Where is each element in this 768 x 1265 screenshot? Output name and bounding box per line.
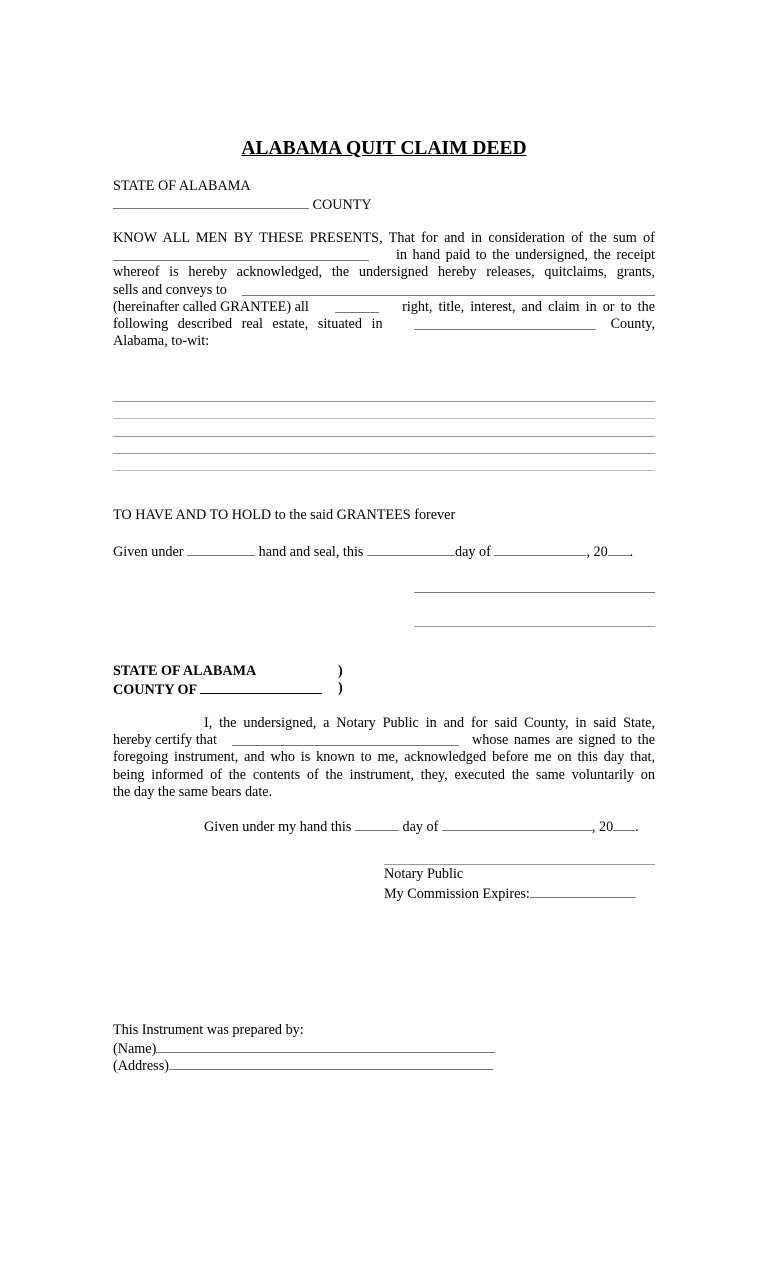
header-county-label: COUNTY: [313, 197, 372, 213]
header-county-row: COUNTY: [113, 195, 372, 214]
conveyance-line-4: sells and conveys to: [113, 282, 655, 299]
habendum-clause: TO HAVE AND TO HOLD to the said GRANTEES…: [113, 507, 455, 524]
conveyance-line-6-suffix: County,: [611, 316, 655, 333]
document-title: ALABAMA QUIT CLAIM DEED: [0, 137, 768, 161]
notary-paren-1: ): [338, 663, 343, 680]
conveyance-line-2-text: in hand paid to the undersigned, the rec…: [396, 247, 655, 264]
prepared-by-heading: This Instrument was prepared by:: [113, 1022, 304, 1039]
notary-given-text-2: day of: [402, 819, 438, 835]
commission-expires-row: My Commission Expires:: [384, 884, 636, 903]
given-under-text-5: .: [630, 544, 634, 560]
notary-given-text-4: .: [635, 819, 639, 835]
given-under-line: Given under hand and seal, this day of ,…: [113, 542, 633, 561]
legal-description-line-5[interactable]: [113, 470, 655, 471]
legal-description-line-1[interactable]: [113, 401, 655, 402]
conveyance-line-5: (hereinafter called GRANTEE) all right, …: [113, 299, 655, 316]
conveyance-line-1: KNOW ALL MEN BY THESE PRESENTS, That for…: [113, 230, 655, 247]
county-blank[interactable]: [113, 195, 309, 209]
given-under-day-blank[interactable]: [367, 542, 455, 556]
prepared-by-address-row: (Address): [113, 1056, 493, 1075]
grantor-signature-line-1[interactable]: [414, 592, 655, 593]
notary-county-blank[interactable]: [200, 680, 322, 694]
prepared-by-address-blank[interactable]: [169, 1056, 493, 1070]
notary-given-text-1: Given under my hand this: [204, 819, 351, 835]
conveyance-line-6: following described real estate, situate…: [113, 316, 655, 333]
grantee-name-blank[interactable]: [242, 282, 655, 296]
grantor-signature-line-2[interactable]: [414, 626, 655, 627]
notary-state: STATE OF ALABAMA: [113, 663, 256, 680]
conveyance-line-7: Alabama, to-wit:: [113, 333, 209, 350]
notary-public-label: Notary Public: [384, 866, 463, 883]
legal-description-line-3[interactable]: [113, 436, 655, 437]
given-under-hand-blank[interactable]: [187, 542, 255, 556]
notary-body-line-4: being informed of the contents of the in…: [113, 767, 655, 784]
given-under-text-1: Given under: [113, 544, 184, 560]
notary-body-line-1: I, the undersigned, a Notary Public in a…: [204, 715, 655, 732]
given-under-text-3: day of: [455, 544, 491, 560]
notary-given-text-3: , 20: [592, 819, 613, 835]
notary-body-line-2: hereby certify that whose names are sign…: [113, 732, 655, 749]
prepared-by-name-blank[interactable]: [156, 1039, 495, 1053]
conveyance-line-5-prefix: (hereinafter called GRANTEE) all: [113, 299, 309, 315]
conveyance-line-5-suffix: right, title, interest, and claim in or …: [402, 299, 655, 316]
notary-body-line-2-suffix: whose names are signed to the: [472, 732, 655, 749]
notary-county-row: COUNTY OF: [113, 680, 322, 699]
header-state: STATE OF ALABAMA: [113, 178, 251, 195]
situated-county-blank[interactable]: [414, 316, 596, 330]
notary-given-line: Given under my hand this day of , 20.: [204, 817, 639, 836]
given-under-text-4: , 20: [586, 544, 607, 560]
notary-county-label: COUNTY OF: [113, 682, 197, 698]
notary-given-day-blank[interactable]: [355, 817, 399, 831]
prepared-by-address-label: (Address): [113, 1058, 169, 1074]
commission-expires-blank[interactable]: [530, 884, 636, 898]
grantor-interest-blank[interactable]: [335, 299, 379, 313]
given-under-text-2: hand and seal, this: [259, 544, 364, 560]
notary-body-line-3: foregoing instrument, and who is known t…: [113, 749, 655, 766]
notary-body-line-5: the day the same bears date.: [113, 784, 272, 801]
notary-certify-name-blank[interactable]: [232, 732, 459, 746]
given-under-year-blank[interactable]: [608, 542, 630, 556]
commission-expires-label: My Commission Expires:: [384, 886, 530, 902]
legal-description-line-2[interactable]: [113, 418, 655, 419]
given-under-month-blank[interactable]: [494, 542, 586, 556]
prepared-by-name-label: (Name): [113, 1041, 156, 1057]
notary-paren-2: ): [338, 680, 343, 697]
conveyance-line-6-prefix: following described real estate, situate…: [113, 316, 383, 332]
consideration-sum-blank[interactable]: [113, 247, 369, 261]
legal-description-line-4[interactable]: [113, 453, 655, 454]
notary-signature-line[interactable]: [384, 864, 655, 865]
notary-given-month-blank[interactable]: [442, 817, 592, 831]
conveyance-line-4-text: sells and conveys to: [113, 282, 227, 298]
notary-body-line-2-prefix: hereby certify that: [113, 732, 217, 748]
conveyance-line-3: whereof is hereby acknowledged, the unde…: [113, 264, 655, 281]
notary-given-year-blank[interactable]: [613, 817, 635, 831]
